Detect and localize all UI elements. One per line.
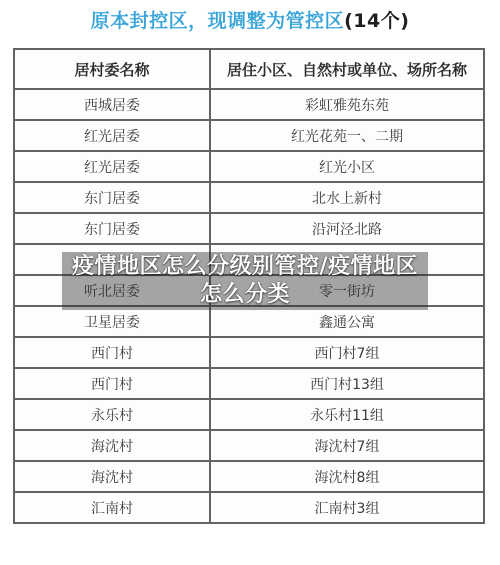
table-row: 红光居委红光花苑一、二期 — [14, 120, 484, 151]
places-cell: 红光小区 — [210, 151, 484, 182]
page-title-count: (14个) — [344, 10, 409, 32]
committee-cell: 海沈村 — [14, 461, 210, 492]
table-row: 西门村西门村7组 — [14, 337, 484, 368]
table-row: 海沈村海沈村8组 — [14, 461, 484, 492]
table-row: 海沈村海沈村7组 — [14, 430, 484, 461]
places-cell: 海沈村7组 — [210, 430, 484, 461]
column-header-places: 居住小区、自然村或单位、场所名称 — [210, 49, 484, 89]
header-row: 居村委名称 居住小区、自然村或单位、场所名称 — [14, 49, 484, 89]
committee-cell: 永乐村 — [14, 399, 210, 430]
places-cell: 海沈村8组 — [210, 461, 484, 492]
committee-cell: 汇南村 — [14, 492, 210, 523]
watermark-overlay: 疫情地区怎么分级别管控/疫情地区 怎么分类 — [62, 252, 428, 310]
places-cell: 沿河泾北路 — [210, 213, 484, 244]
table-row: 红光居委红光小区 — [14, 151, 484, 182]
committee-cell: 红光居委 — [14, 151, 210, 182]
committee-cell: 西门村 — [14, 368, 210, 399]
page-title-highlight: 原本封控区，现调整为管控区 — [91, 10, 345, 32]
committee-cell: 海沈村 — [14, 430, 210, 461]
watermark-text-line2: 怎么分类 — [200, 281, 290, 309]
committee-cell: 东门居委 — [14, 213, 210, 244]
committee-cell: 西门村 — [14, 337, 210, 368]
page: 原本封控区，现调整为管控区(14个) 居村委名称 居住小区、自然村或单位、场所名… — [0, 0, 500, 565]
table-row: 西门村西门村13组 — [14, 368, 484, 399]
places-cell: 西门村13组 — [210, 368, 484, 399]
places-cell: 汇南村3组 — [210, 492, 484, 523]
table-row: 永乐村永乐村11组 — [14, 399, 484, 430]
table-row: 西城居委彩虹雅苑东苑 — [14, 89, 484, 120]
table-row: 东门居委北水上新村 — [14, 182, 484, 213]
places-cell: 西门村7组 — [210, 337, 484, 368]
places-cell: 北水上新村 — [210, 182, 484, 213]
places-cell: 红光花苑一、二期 — [210, 120, 484, 151]
page-title: 原本封控区，现调整为管控区(14个) — [0, 6, 500, 33]
column-header-committee: 居村委名称 — [14, 49, 210, 89]
places-cell: 彩虹雅苑东苑 — [210, 89, 484, 120]
committee-cell: 卫星居委 — [14, 306, 210, 337]
places-cell: 永乐村11组 — [210, 399, 484, 430]
committee-cell: 东门居委 — [14, 182, 210, 213]
committee-cell: 西城居委 — [14, 89, 210, 120]
table-row: 东门居委沿河泾北路 — [14, 213, 484, 244]
watermark-text-line1: 疫情地区怎么分级别管控/疫情地区 — [72, 253, 418, 281]
table-row: 汇南村汇南村3组 — [14, 492, 484, 523]
table-row: 卫星居委鑫通公寓 — [14, 306, 484, 337]
committee-cell: 红光居委 — [14, 120, 210, 151]
zones-table-header: 居村委名称 居住小区、自然村或单位、场所名称 — [14, 49, 484, 89]
places-cell: 鑫通公寓 — [210, 306, 484, 337]
